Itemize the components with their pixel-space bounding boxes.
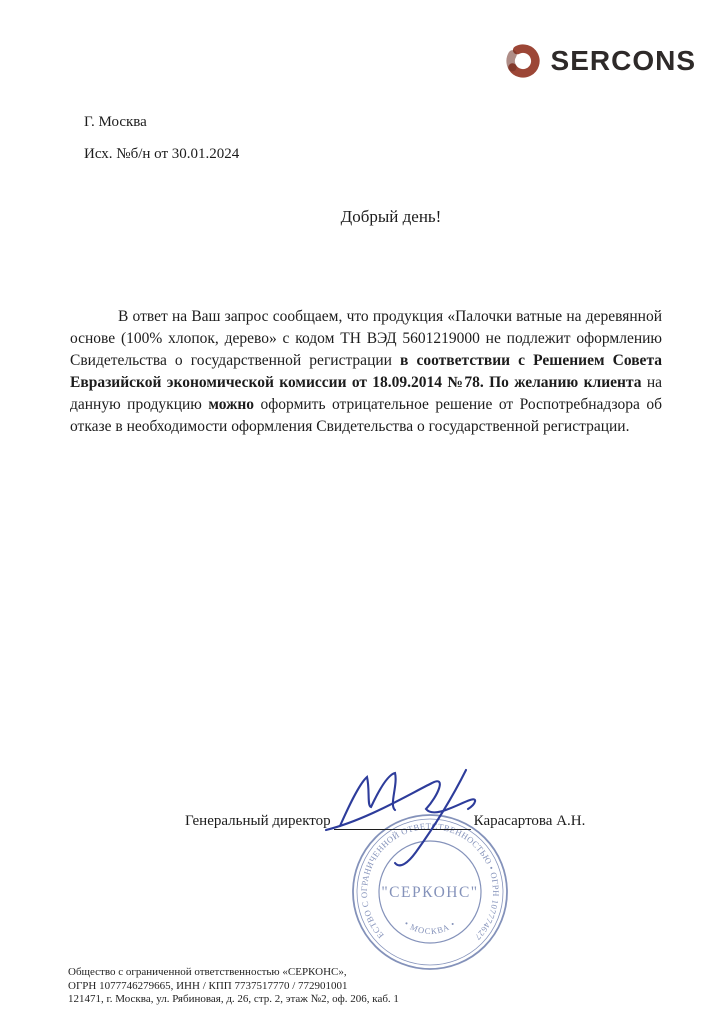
signature-line xyxy=(334,812,471,830)
svg-text:• МОСКВА •: • МОСКВА • xyxy=(403,918,458,936)
signatory-title: Генеральный директор xyxy=(185,813,331,832)
letter-footer: Общество с ограниченной ответственностью… xyxy=(68,966,399,1007)
city-line: Г. Москва xyxy=(84,113,239,132)
letter-page: SERCONS Г. Москва Исх. №б/н от 30.01.202… xyxy=(0,0,724,1024)
outgoing-ref-line: Исх. №б/н от 30.01.2024 xyxy=(84,145,239,164)
letter-body: В ответ на Ваш запрос сообщаем, что прод… xyxy=(70,306,662,438)
sercons-ring-icon xyxy=(504,42,542,80)
body-segment-bold: можно xyxy=(208,396,254,413)
stamp-city-text: • МОСКВА • xyxy=(403,918,458,936)
signatory-name: Карасартова А.Н. xyxy=(474,813,586,832)
footer-line-registration: ОГРН 1077746279665, ИНН / КПП 7737517770… xyxy=(68,980,399,994)
greeting-line: Добрый день! xyxy=(84,207,698,227)
footer-line-address: 121471, г. Москва, ул. Рябиновая, д. 26,… xyxy=(68,993,399,1007)
company-logo: SERCONS xyxy=(504,42,696,80)
company-stamp: ОБЩЕСТВО С ОГРАНИЧЕННОЙ ОТВЕТСТВЕННОСТЬЮ… xyxy=(345,807,515,977)
footer-line-company: Общество с ограниченной ответственностью… xyxy=(68,966,399,980)
signature-row: Генеральный директор Карасартова А.Н. xyxy=(185,812,585,832)
stamp-center-text: "СЕРКОНС" xyxy=(381,884,478,901)
letter-header: Г. Москва Исх. №б/н от 30.01.2024 xyxy=(84,113,239,164)
brand-name: SERCONS xyxy=(551,45,696,77)
